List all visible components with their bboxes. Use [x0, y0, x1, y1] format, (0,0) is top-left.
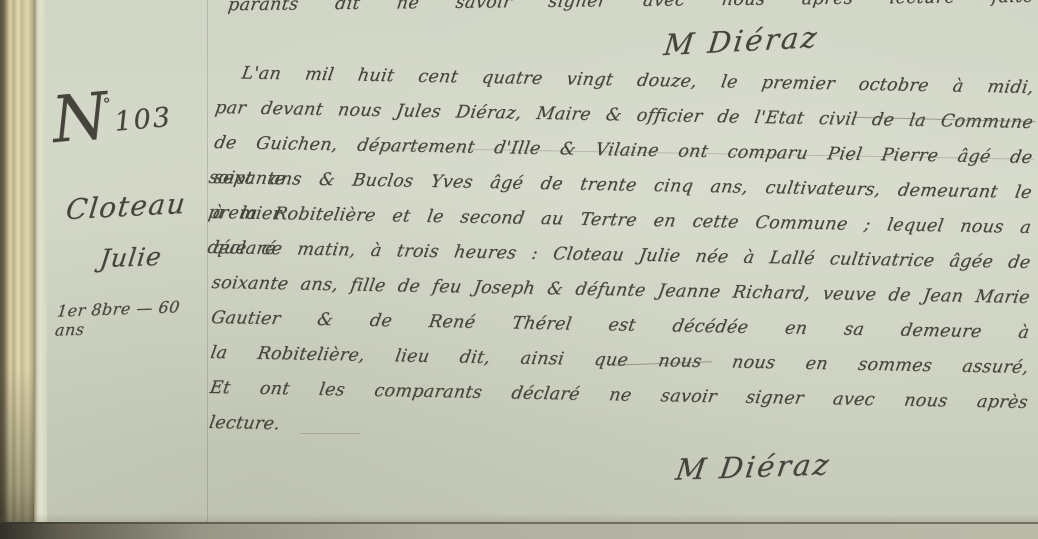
margin-date-and-age: 1er 8bre — 60 ans [54, 296, 208, 339]
signature-bottom: M Diéraz [674, 447, 834, 487]
register-scan-page: parants dit ne savoir signer avec nous a… [0, 0, 1038, 539]
margin-surname: Cloteau [64, 187, 188, 227]
margin-given-name: Julie [98, 242, 163, 273]
margin-number-ordinal: ° [102, 94, 112, 114]
margin-rule-line [207, 0, 208, 539]
margin-act-number: N°103 [49, 79, 174, 153]
margin-number-value: 103 [113, 102, 173, 138]
previous-act-fragment: parants dit ne savoir signer avec nous a… [227, 0, 1036, 15]
underline-stroke [300, 433, 360, 434]
page-left-edge [34, 0, 47, 539]
signature-top: M Diéraz [662, 20, 821, 62]
page-bottom-edge [0, 522, 1038, 539]
margin-number-letter: N [49, 79, 111, 158]
book-binding-edge [0, 0, 34, 539]
act-body: L'an mil huit cent quatre vingt douze, l… [209, 56, 1034, 456]
